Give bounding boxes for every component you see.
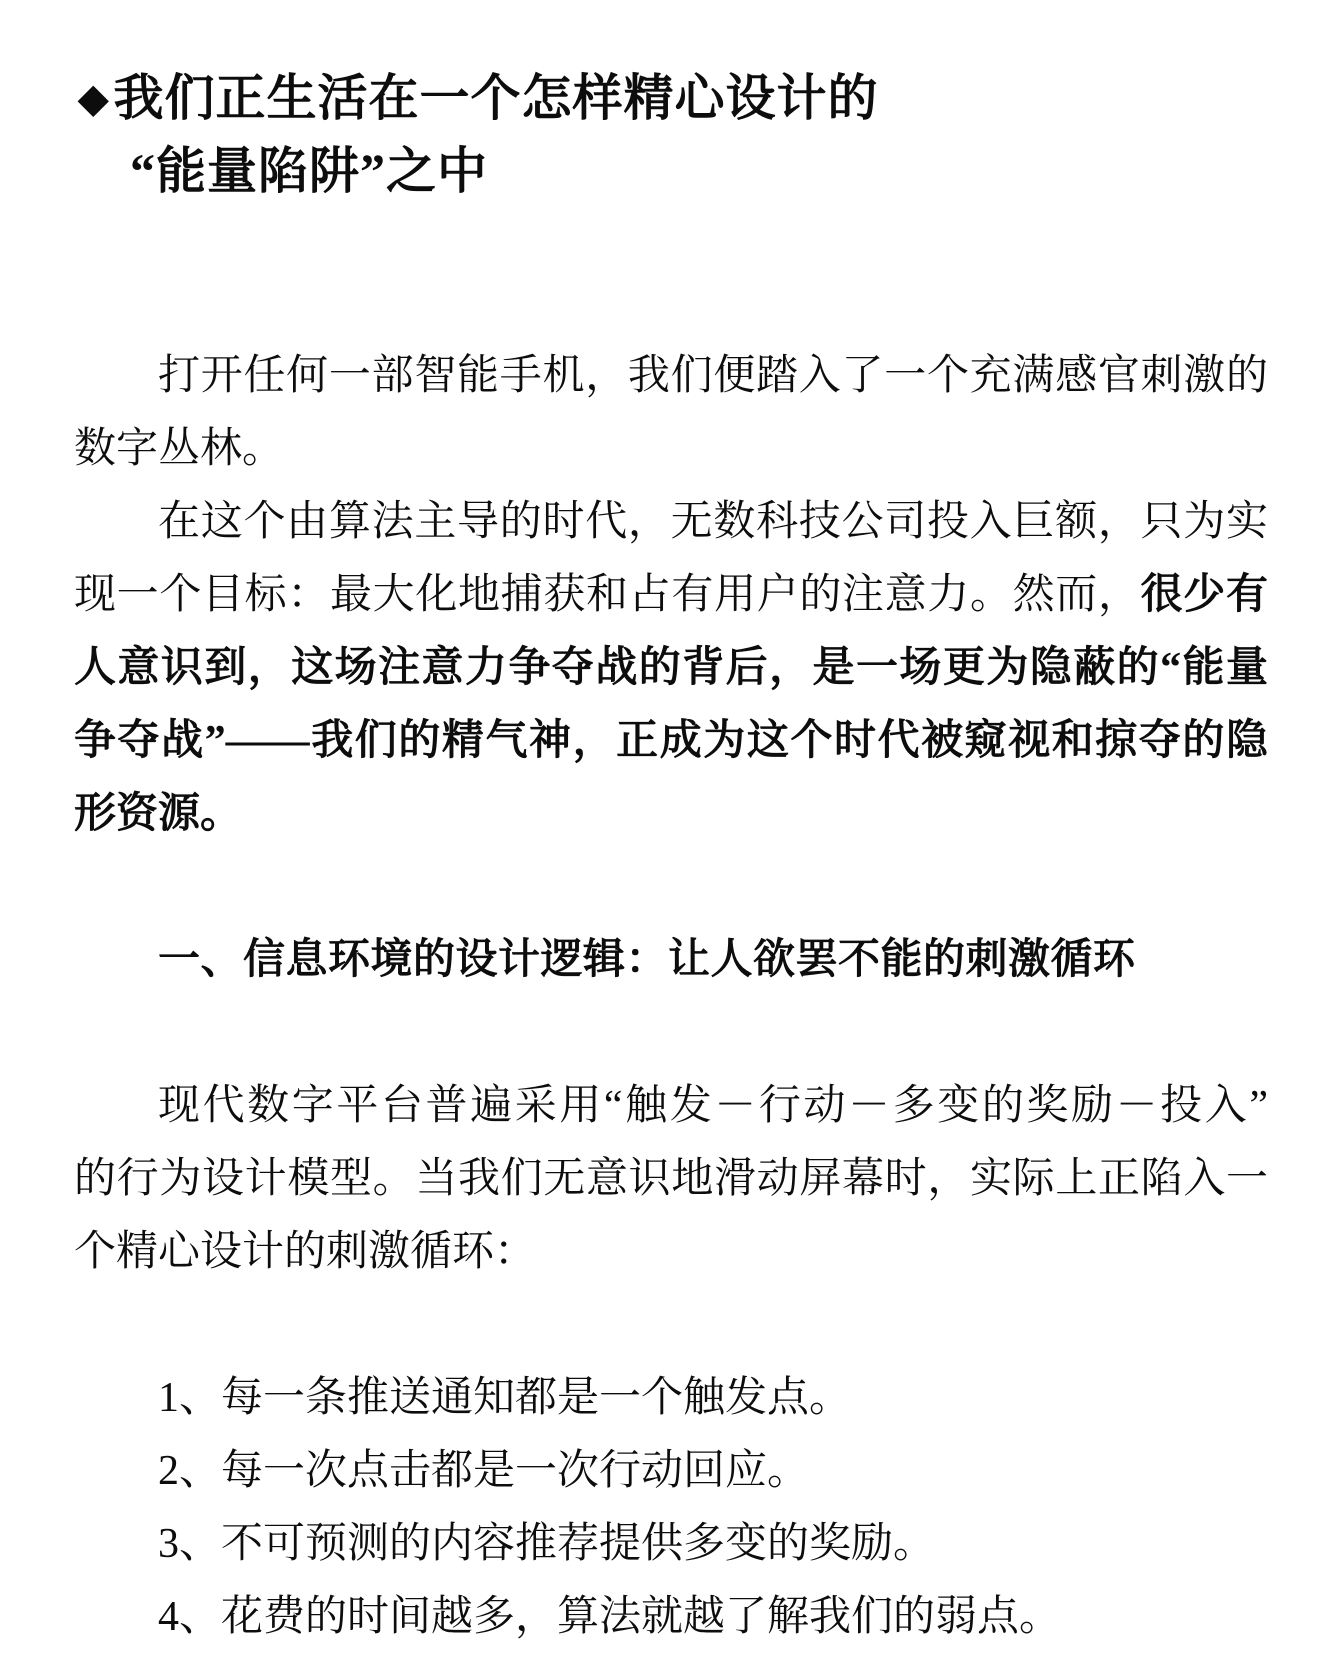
paragraph-line: 在这个由算法主导的时代，无数科技公司投入巨额，只为实 bbox=[74, 486, 1268, 559]
list-item: 3、不可预测的内容推荐提供多变的奖励。 bbox=[74, 1508, 1268, 1581]
document-body: 打开任何一部智能手机，我们便踏入了一个充满感官刺激的 数字丛林。 在这个由算法主… bbox=[74, 340, 1268, 1654]
chapter-title-text2: “能量陷阱”之中 bbox=[130, 143, 488, 199]
diamond-bullet-icon: ◆ bbox=[78, 69, 110, 129]
list-item: 2、每一次点击都是一次行动回应。 bbox=[74, 1435, 1268, 1508]
emphasis-text: 很少有 bbox=[1141, 572, 1268, 618]
paragraph-line: 人意识到，这场注意力争夺战的背后，是一场更为隐蔽的“能量 bbox=[74, 632, 1268, 705]
chapter-title-line1: ◆我们正生活在一个怎样精心设计的 bbox=[74, 62, 1268, 135]
chapter-title: ◆我们正生活在一个怎样精心设计的 “能量陷阱”之中 bbox=[74, 62, 1268, 208]
paragraph-line: 的行为设计模型。当我们无意识地滑动屏幕时，实际上正陷入一 bbox=[74, 1143, 1268, 1216]
spacer bbox=[74, 997, 1268, 1070]
paragraph-text: 现一个目标：最大化地捕获和占有用户的注意力。然而， bbox=[74, 572, 1141, 618]
paragraph-line: 形资源。 bbox=[74, 778, 1268, 851]
paragraph-line: 争夺战”——我们的精气神，正成为这个时代被窥视和掠夺的隐 bbox=[74, 705, 1268, 778]
list-item: 4、花费的时间越多，算法就越了解我们的弱点。 bbox=[74, 1581, 1268, 1654]
document-page: ◆我们正生活在一个怎样精心设计的 “能量陷阱”之中 打开任何一部智能手机，我们便… bbox=[0, 0, 1342, 1677]
list-item: 1、每一条推送通知都是一个触发点。 bbox=[74, 1362, 1268, 1435]
paragraph-line: 个精心设计的刺激循环： bbox=[74, 1216, 1268, 1289]
chapter-title-line2: “能量陷阱”之中 bbox=[74, 135, 1268, 208]
spacer bbox=[74, 1289, 1268, 1362]
paragraph-line: 现代数字平台普遍采用“触发－行动－多变的奖励－投入” bbox=[74, 1070, 1268, 1143]
spacer bbox=[74, 851, 1268, 924]
paragraph-line: 数字丛林。 bbox=[74, 413, 1268, 486]
chapter-title-text1: 我们正生活在一个怎样精心设计的 bbox=[113, 70, 878, 126]
paragraph-line: 打开任何一部智能手机，我们便踏入了一个充满感官刺激的 bbox=[74, 340, 1268, 413]
section-heading: 一、信息环境的设计逻辑：让人欲罢不能的刺激循环 bbox=[74, 924, 1268, 997]
paragraph-line: 现一个目标：最大化地捕获和占有用户的注意力。然而，很少有 bbox=[74, 559, 1268, 632]
